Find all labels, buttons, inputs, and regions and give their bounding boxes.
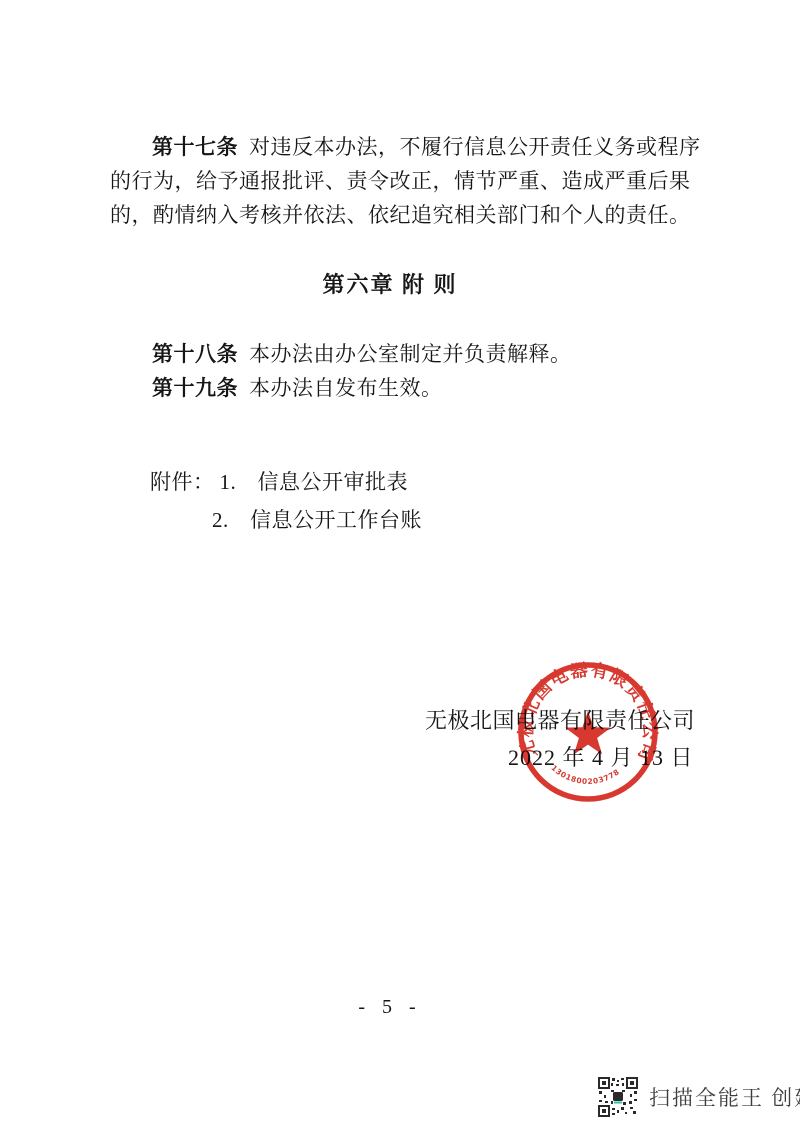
article-17-line-2: 的行为，给予通报批评、责令改正，情节严重、造成严重后果 [110,164,701,198]
article-19-text: 本办法自发布生效。 [249,376,443,400]
page-number: - 5 - [0,996,780,1019]
article-19: 第十九条本办法自发布生效。 [152,372,443,402]
svg-text:1301800203778: 1301800203778 [549,763,621,786]
article-17-line-1: 第十七条对违反本办法，不履行信息公开责任义务或程序 [110,130,701,164]
red-star-icon [565,711,611,754]
article-19-label: 第十九条 [152,376,238,400]
attachment-2-number: 2. [212,508,250,532]
chapter-heading: 第六章 附 则 [0,268,780,299]
article-18-text: 本办法由办公室制定并负责解释。 [249,342,572,366]
scanner-watermark: 扫描全能王 创建 [597,1076,800,1118]
article-17-label: 第十七条 [152,135,238,159]
qr-code-icon [597,1076,639,1118]
document-page: 第十七条对违反本办法，不履行信息公开责任义务或程序 的行为，给予通报批评、责令改… [0,0,800,1132]
scanner-watermark-text: 扫描全能王 创建 [649,1082,800,1112]
company-seal-stamp: 无极北国电器有限责任公司 1301800203778 [513,657,663,807]
article-18: 第十八条本办法由办公室制定并负责解释。 [152,338,572,368]
attachment-1-title: 信息公开审批表 [258,470,409,494]
attachment-row-1: 附件： 1. 信息公开审批表 [150,470,422,494]
attachment-2-indent [150,508,212,532]
article-17-line-3: 的，酌情纳入考核并依法、依纪追究相关部门和个人的责任。 [110,198,701,232]
attachments-label: 附件： [150,470,215,494]
attachment-1-number: 1. [220,470,258,494]
attachment-row-2: 2. 信息公开工作台账 [150,508,422,532]
article-17-text-1: 对违反本办法，不履行信息公开责任义务或程序 [249,135,701,159]
seal-serial-number: 1301800203778 [549,763,621,786]
attachments-block: 附件： 1. 信息公开审批表 2. 信息公开工作台账 [150,470,422,532]
article-17-paragraph: 第十七条对违反本办法，不履行信息公开责任义务或程序 的行为，给予通报批评、责令改… [110,130,701,232]
attachment-2-title: 信息公开工作台账 [250,508,422,532]
article-18-label: 第十八条 [152,342,238,366]
